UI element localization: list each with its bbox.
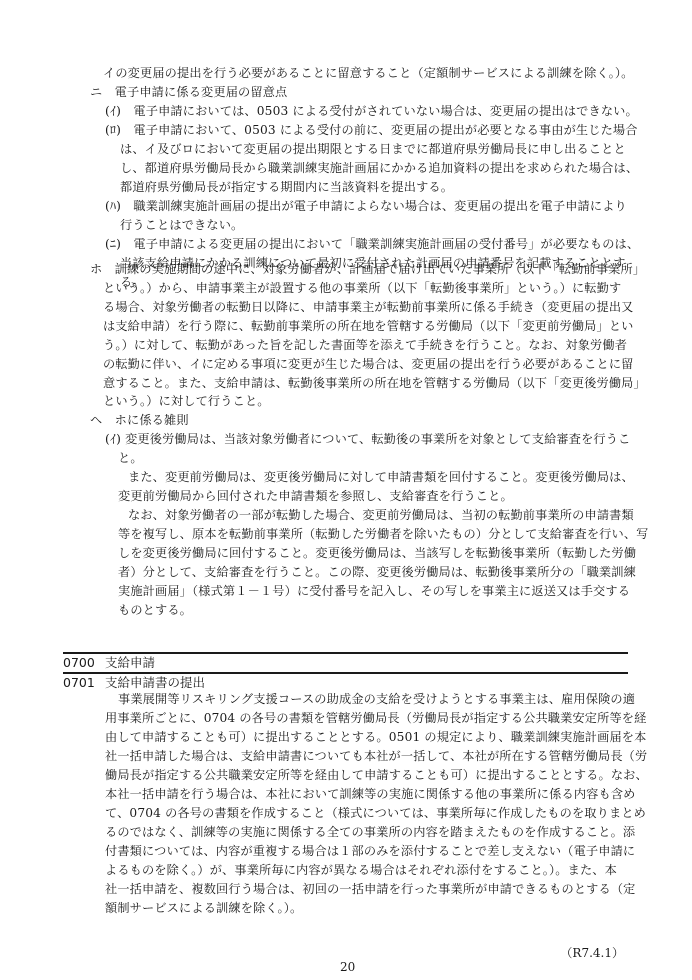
item-heading-ni: ニ 電子申請に係る変更届の留意点 <box>90 85 287 100</box>
text-line: 者）分として、支給審査を行うこと。この際、変更後労働局は、転勤後事業所分の「職業… <box>118 565 636 580</box>
text-line: し、都道府県労働局長から職業訓練実施計画届にかかる追加資料の提出を求められた場合… <box>120 161 638 176</box>
text-line: また、変更前労働局は、変更後労働局に対して申請書類を回付すること。変更後労働局は… <box>128 470 634 485</box>
document-page: イの変更届の提出を行う必要があることに留意すること（定額制サービスによる訓練を除… <box>0 0 692 980</box>
text-line: は支給申請）を行う際に、転勤前事業所の所在地を管轄する労働局（以下「変更前労働局… <box>103 319 634 334</box>
item-heading-ho: ホ 訓練の実施期間の途中に、対象労働者が、計画届で届け出ていた事業所（以下「転勤… <box>90 262 645 277</box>
text-line: (ｲ) 変更後労働局は、当該対象労働者について、転勤後の事業所を対象として支給審… <box>105 432 630 447</box>
section-title: 支給申請 <box>105 655 155 670</box>
text-line: イの変更届の提出を行う必要があることに留意すること（定額制サービスによる訓練を除… <box>103 66 633 81</box>
text-line: 用事業所ごとに、0704 の各号の書類を管轄労働局長（労働局長が指定する公共職業… <box>105 711 646 726</box>
section-divider-0700 <box>63 652 628 654</box>
text-line: 由して申請することも可）に提出することとする。0501 の規定により、職業訓練実… <box>105 730 646 745</box>
text-line: 事業展開等リスキリング支援コースの助成金の支給を受けようとする事業主は、雇用保険… <box>118 692 635 707</box>
text-line: という。）から、申請事業主が設置する他の事業所（以下「転勤後事業所」という。）に… <box>103 281 621 296</box>
text-line: 社一括申請した場合は、支給申請書についても本社が一括して、本社が所在する管轄労働… <box>105 749 647 764</box>
text-line: 意すること。また、支給申請は、転勤後事業所の所在地を管轄する労働局（以下「変更後… <box>103 376 646 391</box>
text-line: と。 <box>118 451 143 466</box>
text-line: るのではなく、訓練等の実施に関係する全ての事業所の内容を踏まえたものを作成するこ… <box>105 825 635 840</box>
text-line: て、0704 の各号の書類を作成すること（様式については、事業所毎に作成したもの… <box>105 806 646 821</box>
text-line: う。）に対して、転勤があった旨を記した書面等を添えて手続きを行うこと。なお、対象… <box>103 338 627 353</box>
text-line: 都道府県労働局長が指定する期間内に当該資料を提出する。 <box>120 180 453 195</box>
text-line: る場合、対象労働者の転勤日以降に、申請事業主が転勤前事業所に係る手続き（変更届の… <box>103 300 634 315</box>
page-number: 20 <box>340 960 355 974</box>
text-line: 実施計画届」（様式第１－１号）に受付番号を記入し、その写しを事業主に返送又は手交… <box>118 584 630 599</box>
text-line: 変更前労働局から回付された申請書類を参照し、支給審査を行うこと。 <box>118 489 513 504</box>
text-line: は、イ及びロにおいて変更届の提出期限とする日までに都道府県労働局長に申し出ること… <box>120 142 626 157</box>
text-line: ものとする。 <box>118 603 192 618</box>
section-divider-0701 <box>63 672 628 674</box>
text-line: しを変更後労働局に回付すること。変更後労働局は、当該写しを転勤後事業所（転勤した… <box>118 546 636 561</box>
text-line: 働局長が指定する公共職業安定所等を経由して申請することも可）に提出することとする… <box>105 768 648 783</box>
text-line: 付書類については、内容が重複する場合は１部のみを添付することで差し支えない（電子… <box>105 844 635 859</box>
text-line: (ｲ) 電子申請においては、0503 による受付がされていない場合は、変更届の提… <box>105 104 638 119</box>
item-heading-he: ヘ ホに係る雑則 <box>90 413 189 428</box>
section-title: 支給申請書の提出 <box>105 675 205 690</box>
text-line: (ﾊ) 職業訓練実施計画届の提出が電子申請によらない場合は、変更届の提出を電子申… <box>105 199 627 214</box>
section-number: 0700 <box>63 655 105 671</box>
text-line: (ﾛ) 電子申請において、0503 による受付の前に、変更届の提出が必要となる事… <box>105 123 638 138</box>
text-line: 額制サービスによる訓練を除く。）。 <box>105 901 302 916</box>
text-line: よるものを除く。）が、事業所毎に内容が異なる場合はそれぞれ添付をすること。）。ま… <box>105 863 617 878</box>
text-line: なお、対象労働者の一部が転勤した場合、変更前労働局は、当初の転勤前事業所の申請書… <box>128 508 634 523</box>
text-line: の転勤に伴い、イに定める事項に変更が生じた場合は、変更届の提出を行う必要があるこ… <box>103 357 634 372</box>
text-line: という。）に対して行うこと。 <box>103 394 270 409</box>
text-line: 等を複写し、原本を転勤前事業所（転勤した労働者を除いたもの）分として支給審査を行… <box>118 527 649 542</box>
text-line: 本社一括申請を行う場合は、本社において訓練等の実施に関係する他の事業所に係る内容… <box>105 787 636 802</box>
section-heading-0700: 0700支給申請 <box>63 655 155 671</box>
revision-date: （R7.4.1） <box>560 944 624 961</box>
section-heading-0701: 0701支給申請書の提出 <box>63 675 205 691</box>
text-line: (ﾆ) 電子申請による変更届の提出において「職業訓練実施計画届の受付番号」が必要… <box>105 237 639 252</box>
text-line: 社一括申請を、複数回行う場合は、初回の一括申請を行った事業所が申請できるものとす… <box>105 882 636 897</box>
section-number: 0701 <box>63 675 105 691</box>
text-line: 行うことはできない。 <box>120 218 243 233</box>
